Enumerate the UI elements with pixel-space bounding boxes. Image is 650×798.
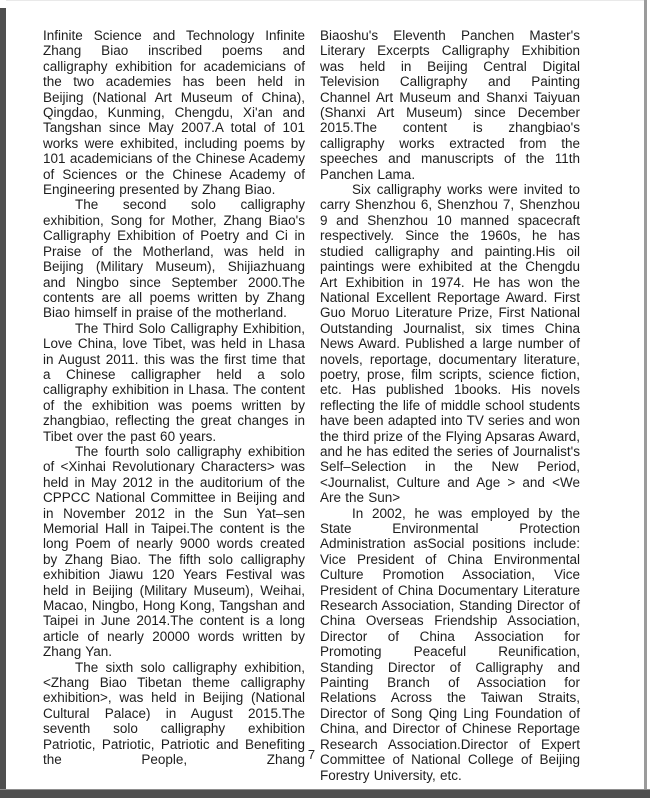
page-bottom-border [0, 789, 650, 798]
left-column-paragraph-1: Infinite Science and Technology Infinite… [43, 28, 305, 197]
page-right-border [644, 0, 647, 792]
left-column-paragraph-3: The Third Solo Calligraphy Exhibition, L… [43, 321, 305, 444]
right-column-paragraph-1: Biaoshu's Eleventh Panchen Master's Lite… [320, 28, 580, 182]
document-page: Infinite Science and Technology Infinite… [0, 0, 650, 798]
left-column-paragraph-4: The fourth solo calligraphy exhibition o… [43, 444, 305, 660]
left-column-paragraph-2: The second solo calligraphy exhibition, … [43, 197, 305, 320]
left-column: Infinite Science and Technology Infinite… [43, 28, 305, 783]
page-number: 7 [43, 747, 580, 762]
page-body: Infinite Science and Technology Infinite… [43, 28, 580, 783]
page-top-border [6, 0, 644, 1]
right-column: Biaoshu's Eleventh Panchen Master's Lite… [320, 28, 580, 783]
right-column-paragraph-2: Six calligraphy works were invited to ca… [320, 182, 580, 506]
page-left-border [0, 8, 6, 798]
right-column-paragraph-3: In 2002, he was employed by the State En… [320, 506, 580, 783]
